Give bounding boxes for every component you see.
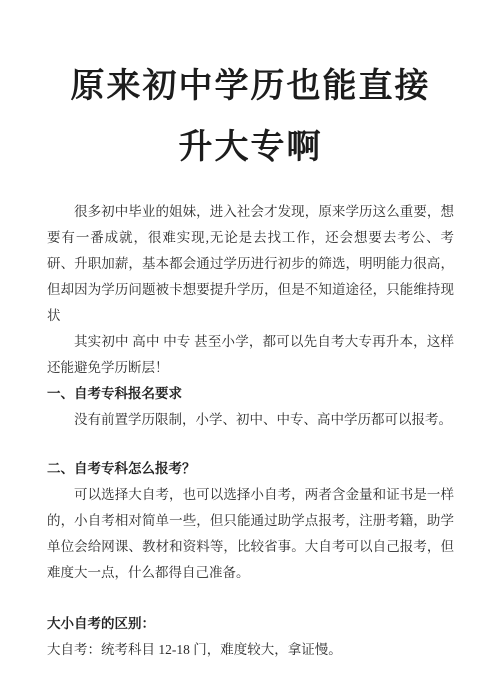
difference-heading: 大小自考的区别： xyxy=(47,611,454,637)
intro-paragraph-2: 其实初中 高中 中专 甚至小学，都可以先自考大专再升本，这样还能避免学历断层！ xyxy=(47,329,454,381)
document-title-line-2: 升大专啊 xyxy=(47,117,454,178)
difference-item-big-selfstudy: 大自考：统考科目 12-18 门，难度较大，拿证慢。 xyxy=(47,637,454,663)
section-1-body: 没有前置学历限制，小学、初中、中专、高中学历都可以报考。 xyxy=(47,407,454,433)
section-2-heading: 二、自考专科怎么报考？ xyxy=(47,456,454,482)
document-title: 原来初中学历也能直接 升大专啊 xyxy=(47,56,454,178)
document-title-line-1: 原来初中学历也能直接 xyxy=(47,56,454,117)
document-page: 原来初中学历也能直接 升大专啊 很多初中毕业的姐妹，进入社会才发现，原来学历这么… xyxy=(0,0,500,693)
intro-paragraph-1: 很多初中毕业的姐妹，进入社会才发现，原来学历这么重要，想要有一番成就，很难实现,… xyxy=(47,199,454,329)
section-2-body: 可以选择大自考，也可以选择小自考，两者含金量和证书是一样的，小自考相对简单一些，… xyxy=(47,482,454,586)
section-1-heading: 一、自考专科报名要求 xyxy=(47,381,454,407)
